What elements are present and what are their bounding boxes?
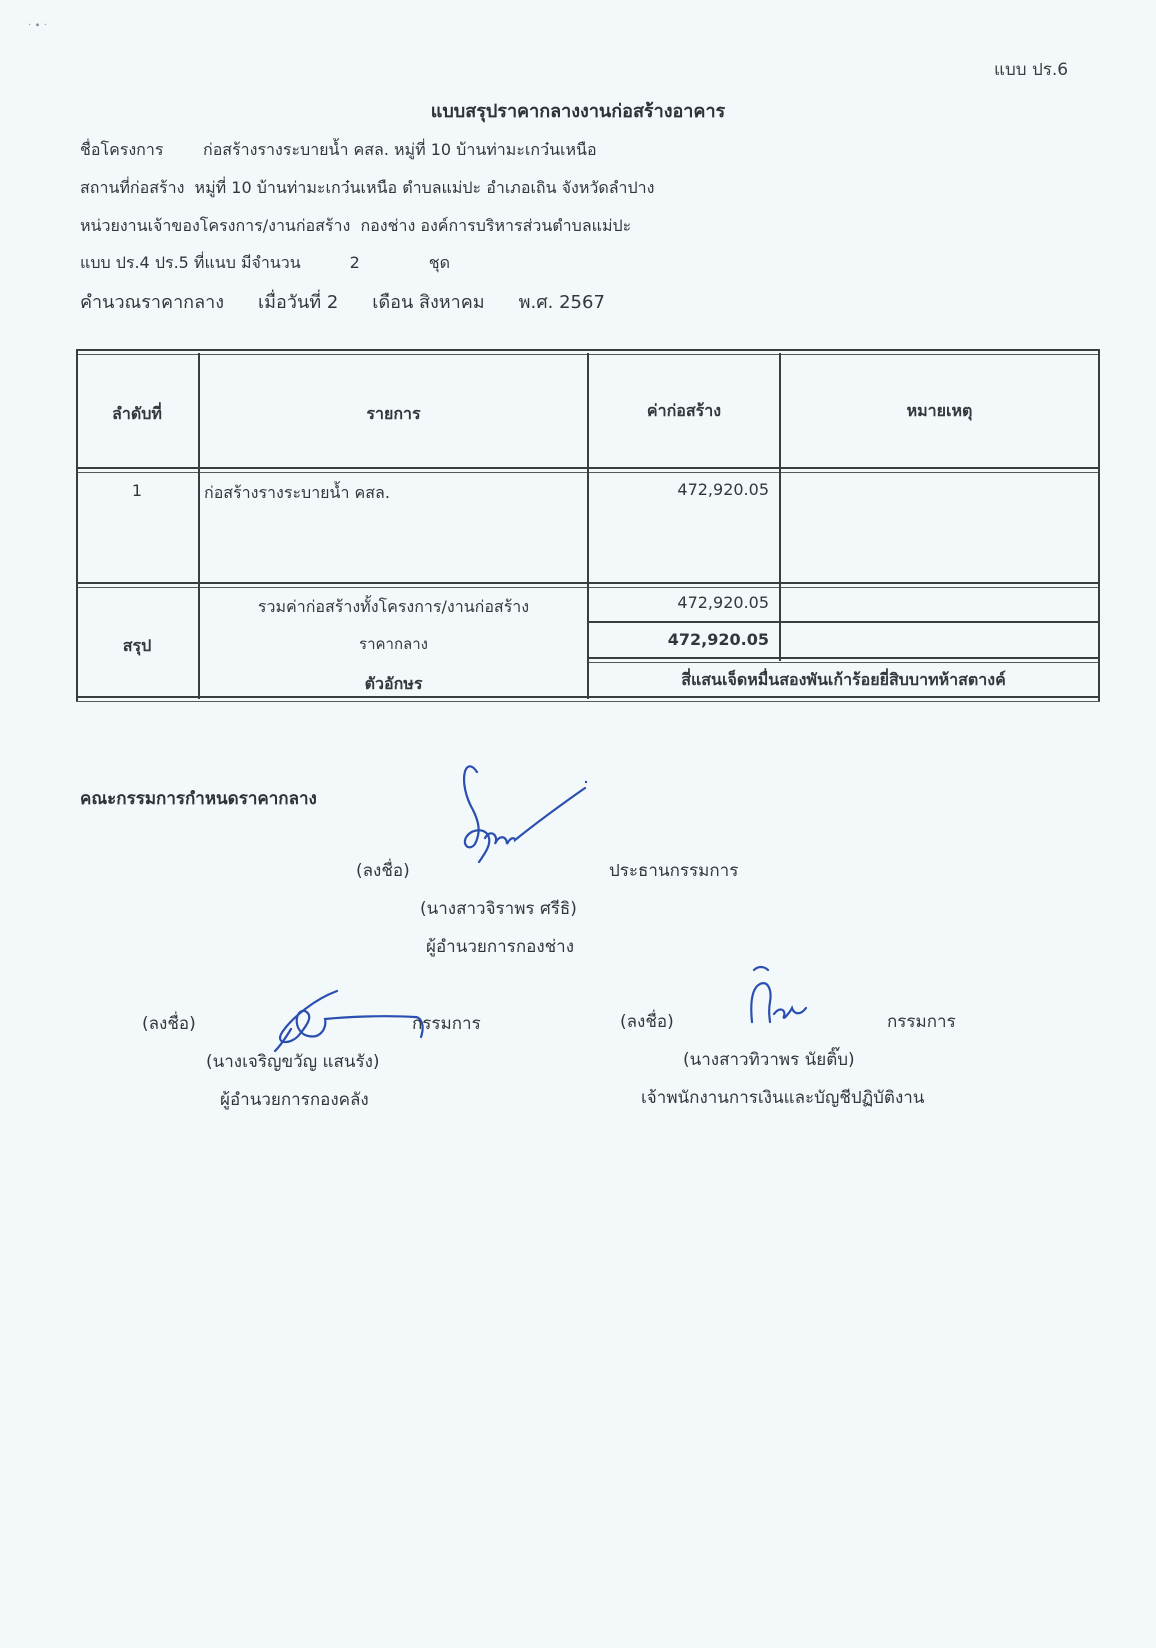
summary-row-divider-1 (587, 621, 1100, 623)
calc-label: คำนวณราคากลาง (80, 292, 224, 313)
scan-smudge: · ∙ · (28, 20, 47, 31)
calc-day: เมื่อวันที่ 2 (258, 292, 338, 313)
calc-date-line: คำนวณราคากลางเมื่อวันที่ 2เดือน สิงหาคมพ… (80, 287, 639, 316)
owner-line: หน่วยงานเจ้าของโครงการ/งานก่อสร้าง กองช่… (80, 214, 631, 239)
row-1-cost: 472,920.05 (589, 480, 769, 499)
form-code: แบบ ปร.6 (994, 56, 1068, 83)
member2-role: กรรมการ (887, 1008, 956, 1035)
chair-sign-label: (ลงชื่อ) (356, 857, 410, 884)
member2-signature-icon (740, 962, 820, 1032)
owner-value: กองช่าง องค์การบริหารส่วนตำบลแม่ปะ (360, 216, 631, 235)
chair-signature-icon (455, 752, 595, 872)
location-line: สถานที่ก่อสร้าง หมู่ที่ 10 บ้านท่ามะเกว๋… (80, 176, 654, 201)
header-no: ลำดับที่ (76, 402, 198, 427)
calc-year: พ.ศ. 2567 (519, 292, 605, 313)
price-summary-table: ลำดับที่ รายการ ค่าก่อสร้าง หมายเหตุ 1 ก… (76, 349, 1100, 703)
attachments-line: แบบ ปร.4 ปร.5 ที่แนบ มีจำนวน2ชุด (80, 251, 450, 276)
owner-label: หน่วยงานเจ้าของโครงการ/งานก่อสร้าง (80, 216, 350, 235)
project-name-label: ชื่อโครงการ (80, 138, 203, 163)
member1-name: (นางเจริญขวัญ แสนรัง) (206, 1048, 380, 1075)
member1-sign-label: (ลงชื่อ) (142, 1010, 196, 1037)
row-1-item: ก่อสร้างรางระบายน้ำ คสล. (204, 481, 390, 506)
member2-position: เจ้าพนักงานการเงินและบัญชีปฏิบัติงาน (641, 1084, 924, 1111)
attachments-label: แบบ ปร.4 ปร.5 ที่แนบ มีจำนวน (80, 253, 301, 272)
chair-role: ประธานกรรมการ (609, 857, 738, 884)
summary-text-label: ตัวอักษร (200, 672, 587, 697)
committee-title: คณะกรรมการกำหนดราคากลาง (80, 785, 317, 812)
summary-total-label: รวมค่าก่อสร้างทั้งโครงการ/งานก่อสร้าง (200, 595, 587, 620)
member2-name: (นางสาวทิวาพร นัยติ๊บ) (683, 1046, 855, 1073)
summary-text-value: สี่แสนเจ็ดหมื่นสองพันเก้าร้อยยี่สิบบาทห้… (589, 668, 1098, 693)
calc-month: เดือน สิงหาคม (372, 292, 484, 313)
member2-sign-label: (ลงชื่อ) (620, 1008, 674, 1035)
location-value: หมู่ที่ 10 บ้านท่ามะเกว๋นเหนือ ตำบลแม่ปะ… (195, 178, 655, 197)
member1-position: ผู้อำนวยการกองคลัง (220, 1086, 369, 1113)
summary-label: สรุป (76, 634, 198, 659)
summary-median-value: 472,920.05 (589, 630, 769, 649)
header-item: รายการ (200, 402, 587, 427)
attachments-count: 2 (325, 253, 385, 272)
summary-row-divider-2 (587, 657, 1100, 663)
location-label: สถานที่ก่อสร้าง (80, 178, 184, 197)
member1-role: กรรมการ (412, 1010, 481, 1037)
header-note: หมายเหตุ (781, 399, 1098, 424)
project-name-line: ชื่อโครงการก่อสร้างรางระบายน้ำ คสล. หมู่… (80, 138, 597, 163)
attachments-unit: ชุด (429, 253, 450, 272)
table-border-right (1098, 349, 1100, 701)
summary-total-value: 472,920.05 (589, 593, 769, 612)
document-title: แบบสรุปราคากลางงานก่อสร้างอาคาร (0, 96, 1156, 125)
summary-median-label: ราคากลาง (200, 632, 587, 656)
chair-name: (นางสาวจิราพร ศรีธิ) (420, 895, 577, 922)
header-cost: ค่าก่อสร้าง (589, 399, 779, 424)
row-1-no: 1 (76, 481, 198, 500)
project-name-value: ก่อสร้างรางระบายน้ำ คสล. หมู่ที่ 10 บ้าน… (203, 140, 597, 159)
chair-position: ผู้อำนวยการกองช่าง (426, 933, 574, 960)
